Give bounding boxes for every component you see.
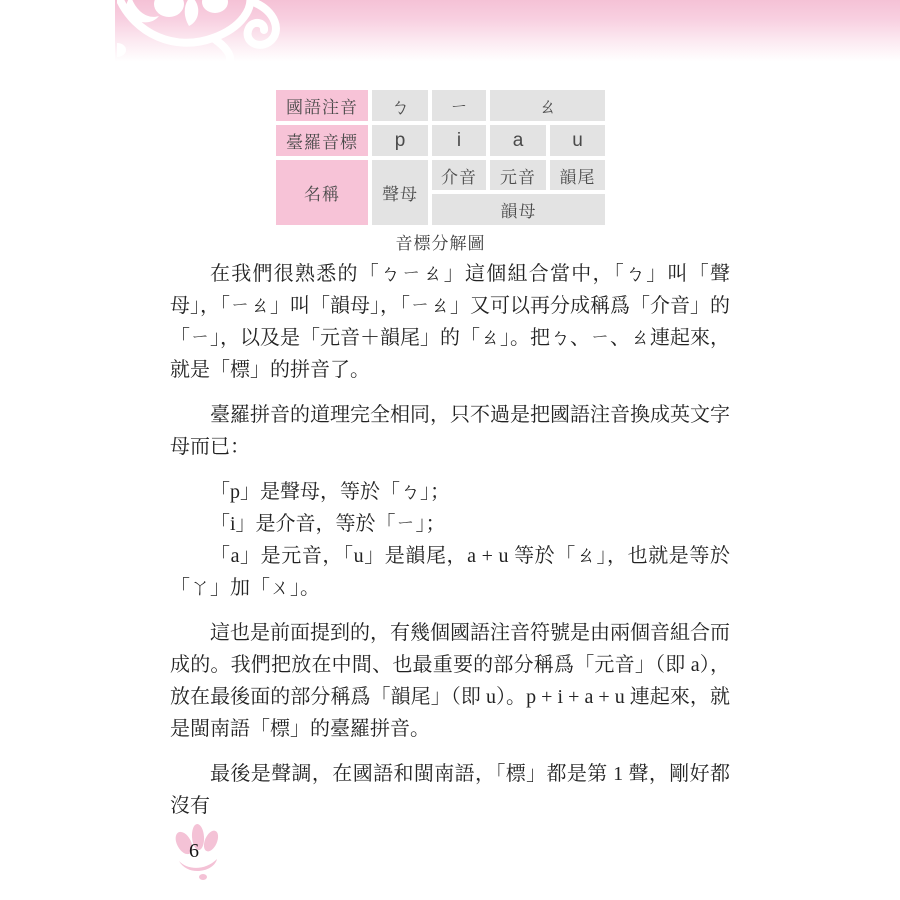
list-item-a-u: 「a」是元音，「u」是韻尾，a + u 等於「ㄠ」，也就是等於「ㄚ」加「ㄨ」。 xyxy=(170,540,730,604)
table-cell-nucleus: 元音 xyxy=(490,160,546,190)
table-row-label-zhuyin: 國語注音 xyxy=(276,90,368,121)
list-item-p: 「p」是聲母，等於「ㄅ」； xyxy=(170,476,730,508)
list-item-i: 「i」是介音，等於「ㄧ」； xyxy=(170,508,730,540)
header-gradient-band xyxy=(115,0,900,62)
table-cell-final: 韻母 xyxy=(432,194,605,225)
body-text: 在我們很熟悉的「ㄅㄧㄠ」這個組合當中，「ㄅ」叫「聲母」，「ㄧㄠ」叫「韻母」，「ㄧ… xyxy=(170,258,730,822)
table-cell-coda: 韻尾 xyxy=(550,160,605,190)
page-number: 6 xyxy=(184,840,204,863)
table-row-label-name: 名稱 xyxy=(276,160,368,225)
table-cell-zhuyin-b: ㄅ xyxy=(372,90,428,121)
paragraph-3: 這也是前面提到的，有幾個國語注音符號是由兩個音組合而成的。我們把放在中間、也最重… xyxy=(170,617,730,745)
floral-flourish-icon xyxy=(117,0,317,62)
phonetic-breakdown-table: 國語注音 ㄅ ㄧ ㄠ 臺羅音標 p i a u 名稱 聲母 介音 元音 韻尾 韻… xyxy=(276,90,605,225)
table-cell-tailo-u: u xyxy=(550,125,605,156)
paragraph-2: 臺羅拼音的道理完全相同，只不過是把國語注音換成英文字母而已： xyxy=(170,399,730,463)
table-cell-zhuyin-au: ㄠ xyxy=(490,90,605,121)
table-cell-tailo-i: i xyxy=(432,125,486,156)
table-cell-tailo-a: a xyxy=(490,125,546,156)
table-cell-initial: 聲母 xyxy=(372,160,428,225)
table-cell-zhuyin-i: ㄧ xyxy=(432,90,486,121)
table-cell-tailo-p: p xyxy=(372,125,428,156)
paragraph-1: 在我們很熟悉的「ㄅㄧㄠ」這個組合當中，「ㄅ」叫「聲母」，「ㄧㄠ」叫「韻母」，「ㄧ… xyxy=(170,258,730,386)
table-caption: 音標分解圖 xyxy=(276,229,605,254)
table-cell-medial: 介音 xyxy=(432,160,486,190)
table-row-label-tailo: 臺羅音標 xyxy=(276,125,368,156)
paragraph-4: 最後是聲調，在國語和閩南語，「標」都是第 1 聲，剛好都沒有 xyxy=(170,758,730,822)
